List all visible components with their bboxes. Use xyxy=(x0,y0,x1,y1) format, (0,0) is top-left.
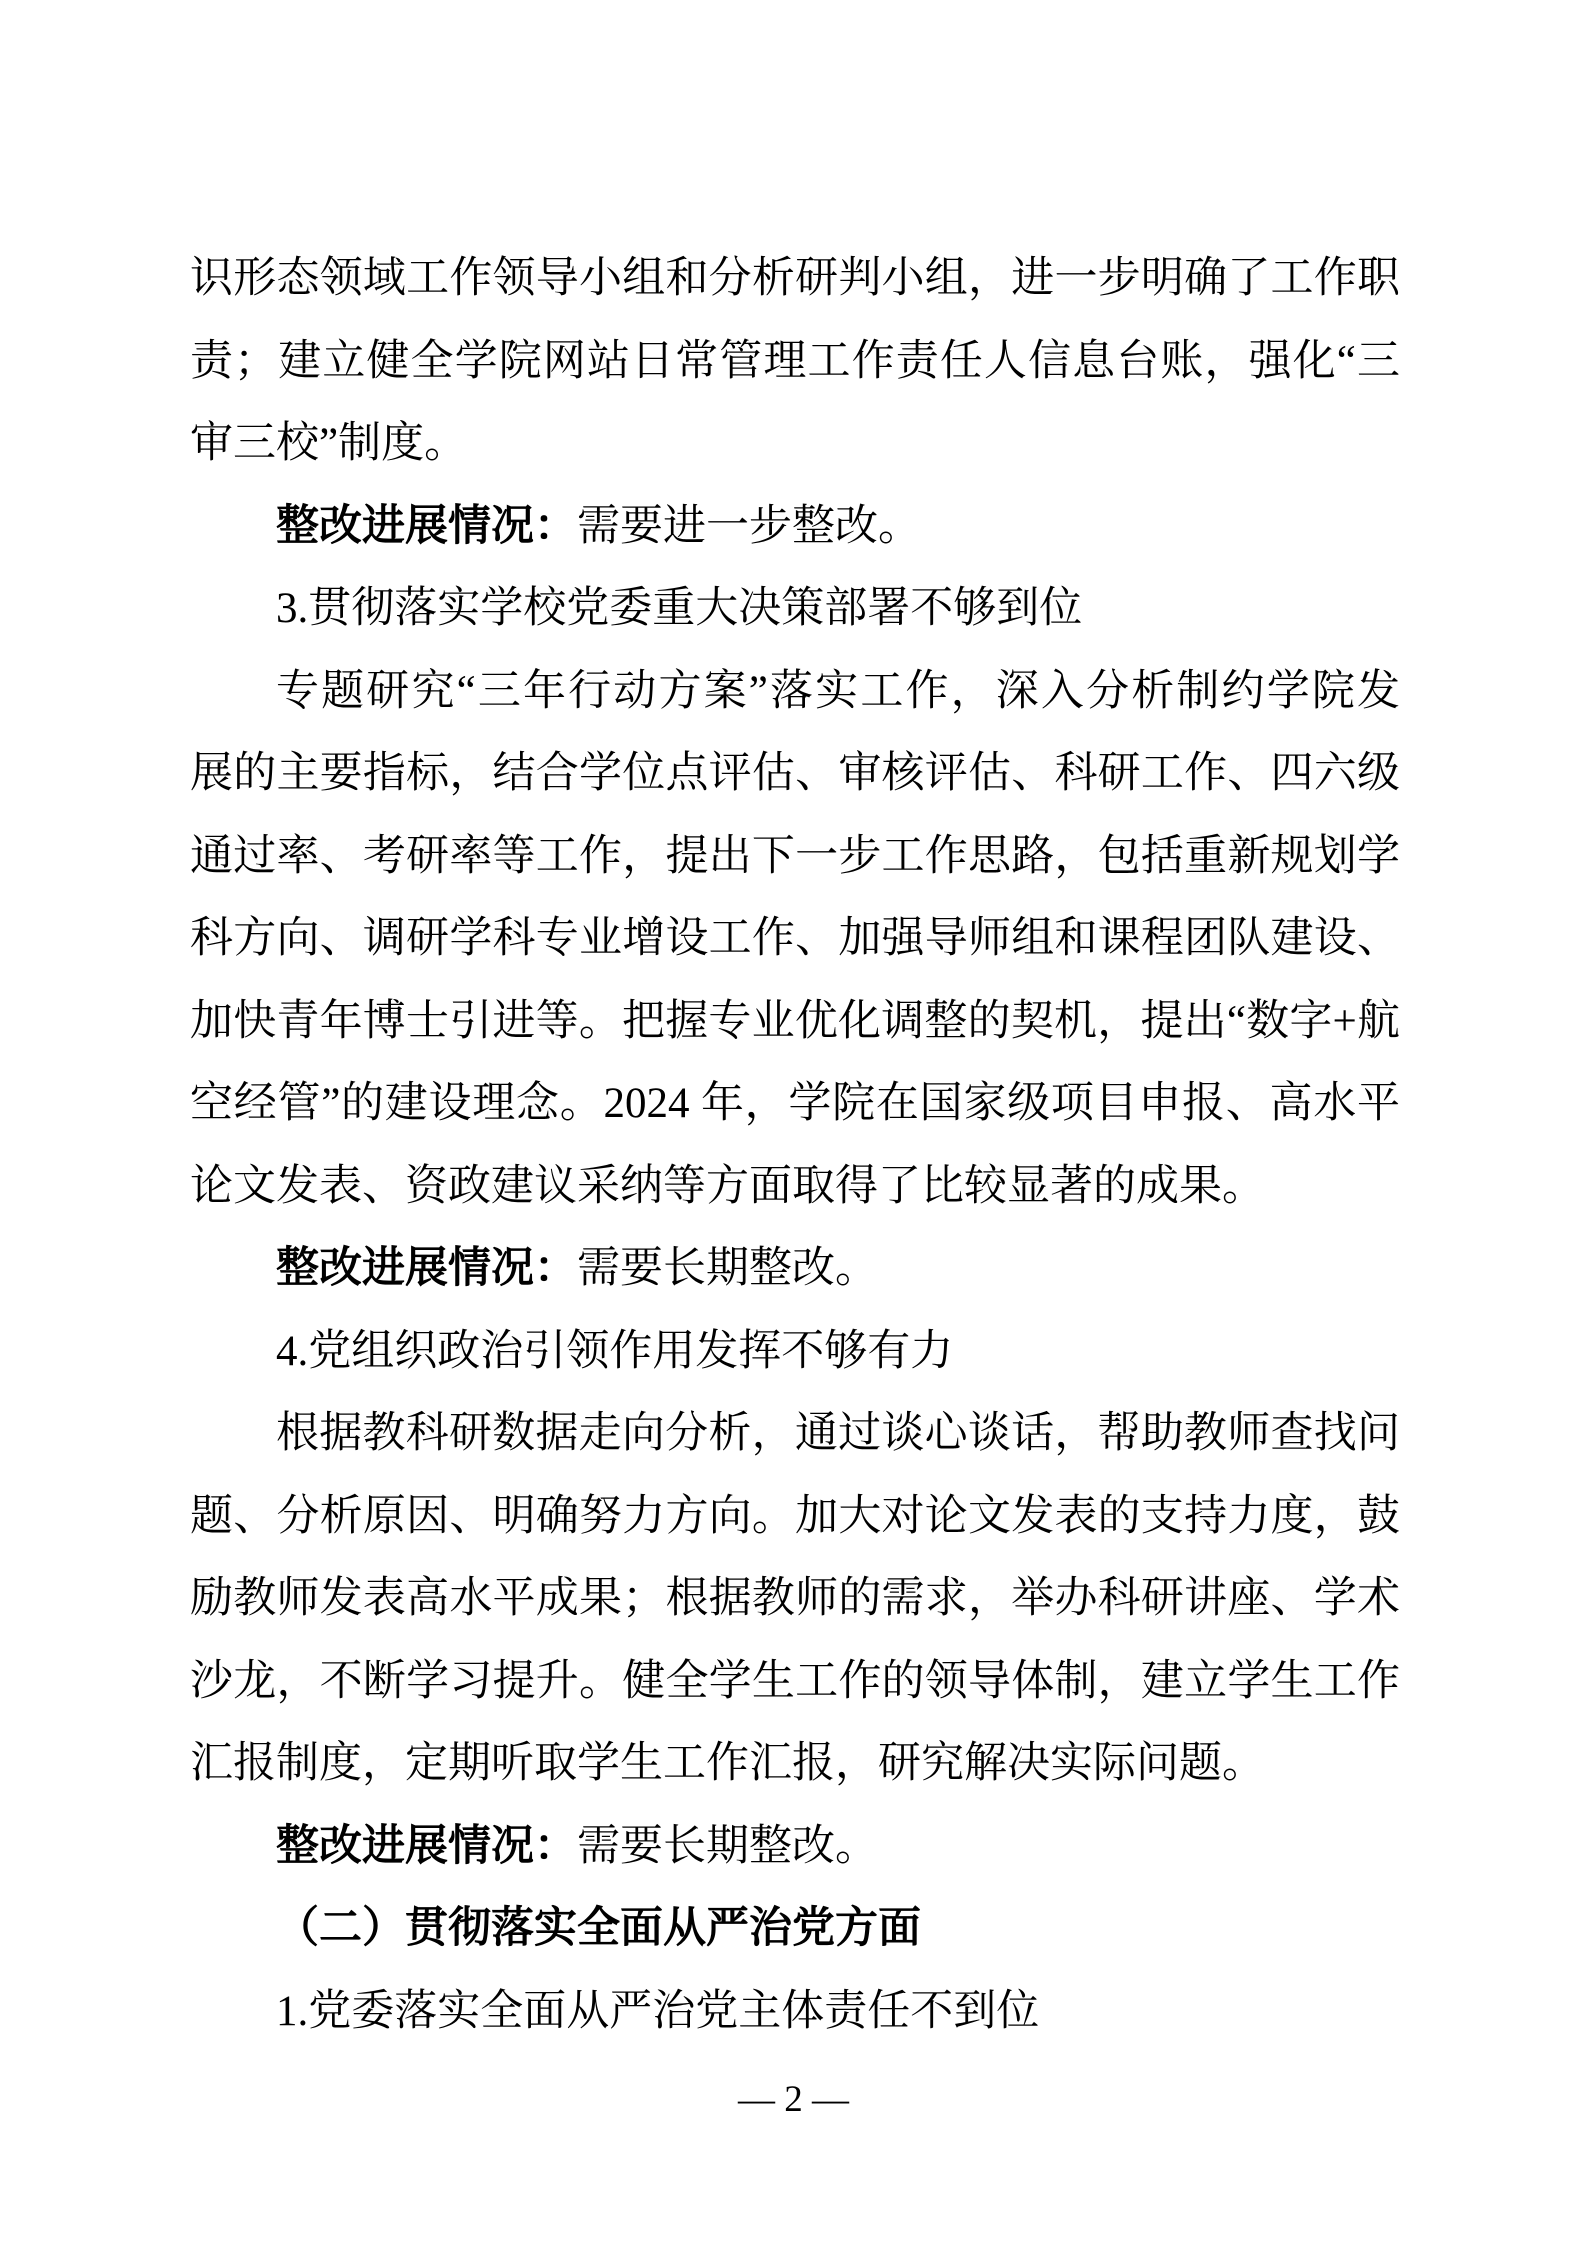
text-run: 识形态领域工作领导小组和分析研判小组，进一步明确了工作职 xyxy=(190,255,1400,302)
document-page: 识形态领域工作领导小组和分析研判小组，进一步明确了工作职责；建立健全学院网站日常… xyxy=(0,0,1587,2245)
text-line: 题、分析原因、明确努力方向。加大对论文发表的支持力度，鼓 xyxy=(190,1476,1400,1559)
text-run: 汇报制度，定期听取学生工作汇报，研究解决实际问题。 xyxy=(190,1740,1265,1787)
text-run: 展的主要指标，结合学位点评估、审核评估、科研工作、四六级 xyxy=(190,750,1400,797)
text-line: （二）贯彻落实全面从严治党方面 xyxy=(190,1888,1400,1971)
text-run: 题、分析原因、明确努力方向。加大对论文发表的支持力度，鼓 xyxy=(190,1493,1400,1540)
text-run: 根据教科研数据走向分析，通过谈心谈话，帮助教师查找问 xyxy=(276,1410,1400,1457)
text-run: 3.贯彻落实学校党委重大决策部署不够到位 xyxy=(276,585,1082,632)
text-run: 通过率、考研率等工作，提出下一步工作思路，包括重新规划学 xyxy=(190,833,1400,880)
text-line: 论文发表、资政建议采纳等方面取得了比较显著的成果。 xyxy=(190,1146,1400,1229)
emphasis-text-run: 整改进展情况： xyxy=(276,503,577,550)
text-run: 加快青年博士引进等。把握专业优化调整的契机，提出“数字+航 xyxy=(190,998,1400,1045)
text-run: 责；建立健全学院网站日常管理工作责任人信息台账，强化“三 xyxy=(190,338,1400,385)
emphasis-text-run: 整改进展情况： xyxy=(276,1823,577,1870)
text-line: 1.党委落实全面从严治党主体责任不到位 xyxy=(190,1971,1400,2054)
page-number: — 2 — xyxy=(0,2080,1587,2120)
text-run: 4.党组织政治引领作用发挥不够有力 xyxy=(276,1328,953,1375)
text-run: 专题研究“三年行动方案”落实工作，深入分析制约学院发 xyxy=(276,668,1400,715)
text-line: 整改进展情况：需要长期整改。 xyxy=(190,1228,1400,1311)
text-line: 汇报制度，定期听取学生工作汇报，研究解决实际问题。 xyxy=(190,1723,1400,1806)
text-line: 3.贯彻落实学校党委重大决策部署不够到位 xyxy=(190,568,1400,651)
text-line: 科方向、调研学科专业增设工作、加强导师组和课程团队建设、 xyxy=(190,898,1400,981)
text-run: 空经管”的建设理念。2024 年，学院在国家级项目申报、高水平 xyxy=(190,1080,1400,1127)
text-line: 励教师发表高水平成果；根据教师的需求，举办科研讲座、学术 xyxy=(190,1558,1400,1641)
text-run: 1.党委落实全面从严治党主体责任不到位 xyxy=(276,1988,1039,2035)
text-run: 论文发表、资政建议采纳等方面取得了比较显著的成果。 xyxy=(190,1163,1265,1210)
text-run: 需要长期整改。 xyxy=(577,1823,878,1870)
text-line: 识形态领域工作领导小组和分析研判小组，进一步明确了工作职 xyxy=(190,238,1400,321)
text-run: 需要长期整改。 xyxy=(577,1245,878,1292)
text-run: 审三校”制度。 xyxy=(190,420,467,467)
text-line: 空经管”的建设理念。2024 年，学院在国家级项目申报、高水平 xyxy=(190,1063,1400,1146)
text-run: 励教师发表高水平成果；根据教师的需求，举办科研讲座、学术 xyxy=(190,1575,1400,1622)
emphasis-text-run: 整改进展情况： xyxy=(276,1245,577,1292)
text-run: 需要进一步整改。 xyxy=(577,503,921,550)
text-line: 根据教科研数据走向分析，通过谈心谈话，帮助教师查找问 xyxy=(190,1393,1400,1476)
text-line: 通过率、考研率等工作，提出下一步工作思路，包括重新规划学 xyxy=(190,816,1400,899)
document-body: 识形态领域工作领导小组和分析研判小组，进一步明确了工作职责；建立健全学院网站日常… xyxy=(190,238,1400,2053)
text-run: 科方向、调研学科专业增设工作、加强导师组和课程团队建设、 xyxy=(190,915,1400,962)
text-line: 专题研究“三年行动方案”落实工作，深入分析制约学院发 xyxy=(190,651,1400,734)
text-run: 沙龙，不断学习提升。健全学生工作的领导体制，建立学生工作 xyxy=(190,1658,1400,1705)
emphasis-text-run: （二）贯彻落实全面从严治党方面 xyxy=(276,1905,921,1952)
text-line: 审三校”制度。 xyxy=(190,403,1400,486)
text-line: 整改进展情况：需要长期整改。 xyxy=(190,1806,1400,1889)
text-line: 整改进展情况：需要进一步整改。 xyxy=(190,486,1400,569)
text-line: 沙龙，不断学习提升。健全学生工作的领导体制，建立学生工作 xyxy=(190,1641,1400,1724)
text-line: 4.党组织政治引领作用发挥不够有力 xyxy=(190,1311,1400,1394)
text-line: 展的主要指标，结合学位点评估、审核评估、科研工作、四六级 xyxy=(190,733,1400,816)
text-line: 责；建立健全学院网站日常管理工作责任人信息台账，强化“三 xyxy=(190,321,1400,404)
text-line: 加快青年博士引进等。把握专业优化调整的契机，提出“数字+航 xyxy=(190,981,1400,1064)
